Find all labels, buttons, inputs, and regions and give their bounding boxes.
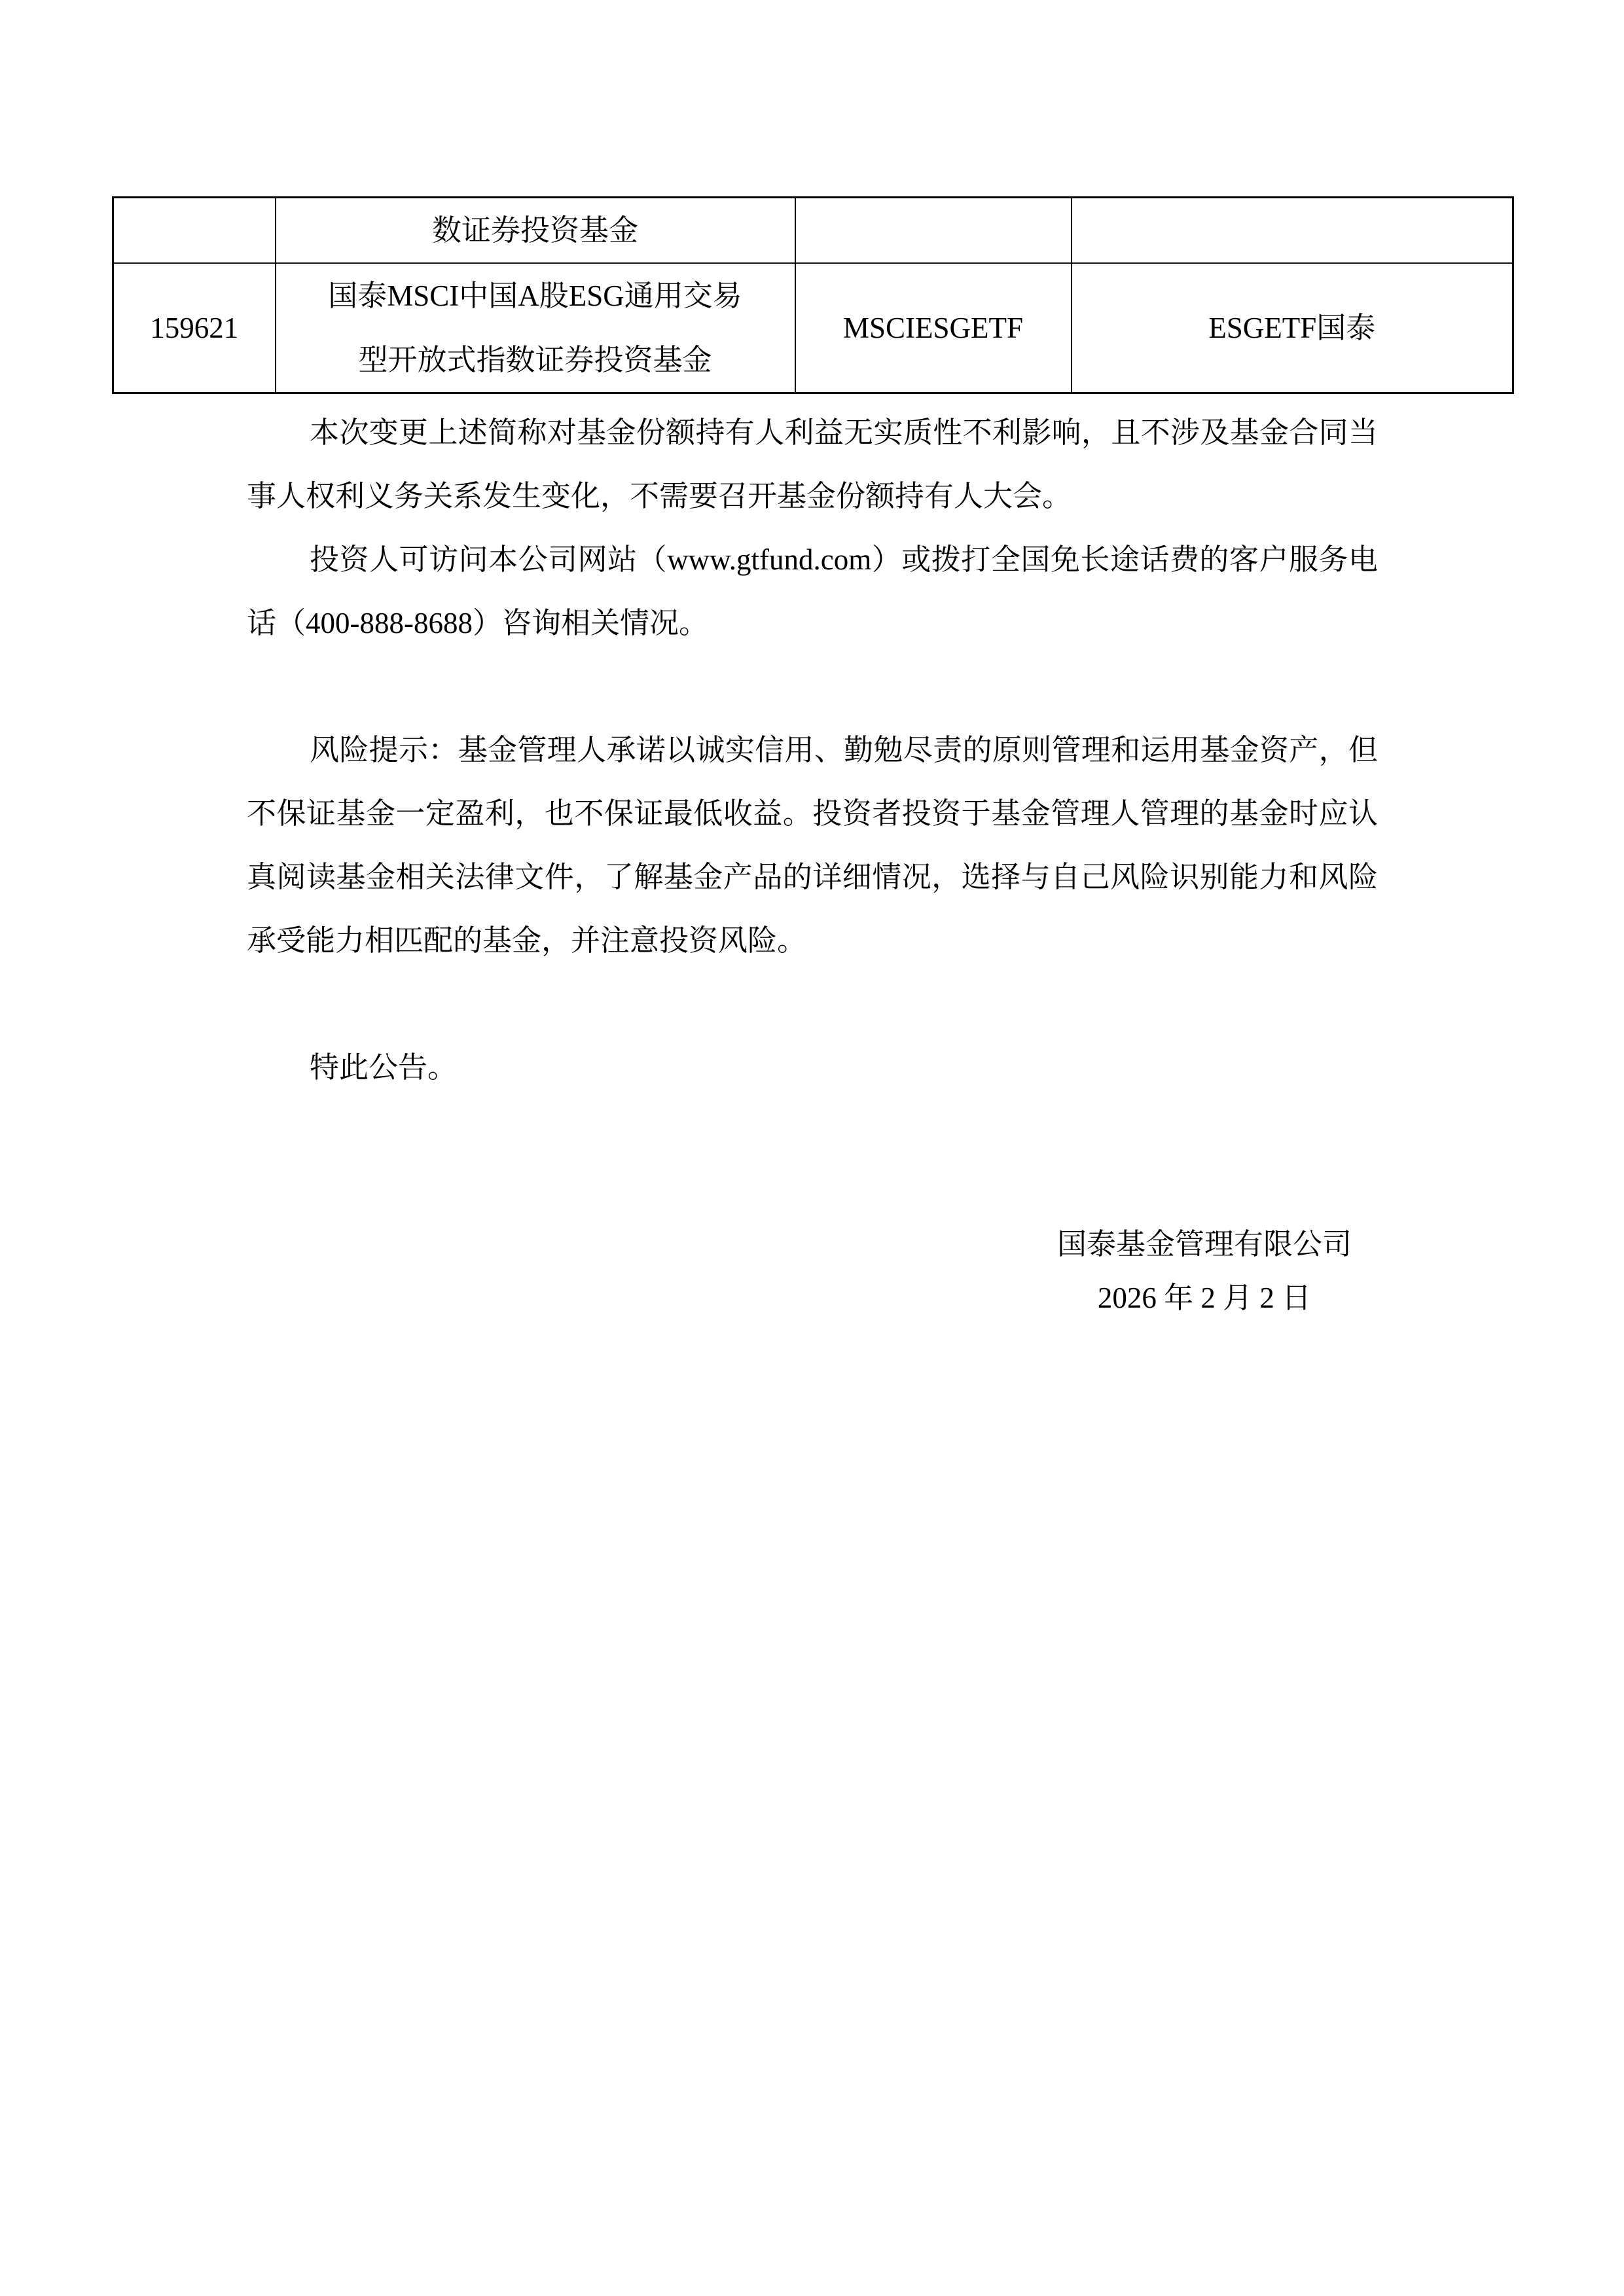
- new-short-name-cell: ESGETF国泰: [1072, 263, 1513, 393]
- fund-name-cell: 国泰MSCI中国A股ESG通用交易 型开放式指数证券投资基金: [276, 263, 795, 393]
- table-row: 数证券投资基金: [113, 198, 1513, 264]
- fund-name-line: 数证券投资基金: [280, 198, 791, 262]
- announcement-date: 2026 年 2 月 2 日: [1021, 1271, 1388, 1325]
- paragraph-no-impact: 本次变更上述简称对基金份额持有人利益无实质性不利影响，且不涉及基金合同当事人权利…: [247, 401, 1378, 528]
- table-row: 159621 国泰MSCI中国A股ESG通用交易 型开放式指数证券投资基金 MS…: [113, 263, 1513, 393]
- paragraph-risk-warning: 风险提示：基金管理人承诺以诚实信用、勤勉尽责的原则管理和运用基金资产，但不保证基…: [247, 719, 1378, 973]
- fund-name-line: 型开放式指数证券投资基金: [280, 328, 791, 392]
- old-short-name-cell: MSCIESGETF: [795, 263, 1072, 393]
- fund-name-line: 国泰MSCI中国A股ESG通用交易: [280, 264, 791, 328]
- new-short-name-cell: [1072, 198, 1513, 264]
- paragraph-closing: 特此公告。: [247, 1036, 1378, 1100]
- company-name: 国泰基金管理有限公司: [1021, 1217, 1388, 1271]
- fund-code-cell: [113, 198, 276, 264]
- fund-code-cell: 159621: [113, 263, 276, 393]
- signature-block: 国泰基金管理有限公司 2026 年 2 月 2 日: [1021, 1217, 1388, 1325]
- fund-name-cell: 数证券投资基金: [276, 198, 795, 264]
- announcement-body: 本次变更上述简称对基金份额持有人利益无实质性不利影响，且不涉及基金合同当事人权利…: [247, 401, 1378, 1100]
- paragraph-contact-info: 投资人可访问本公司网站（www.gtfund.com）或拨打全国免长途话费的客户…: [247, 528, 1378, 655]
- fund-short-name-table: 数证券投资基金 159621 国泰MSCI中国A股ESG通用交易 型开放式指数证…: [112, 196, 1514, 394]
- document-page: 数证券投资基金 159621 国泰MSCI中国A股ESG通用交易 型开放式指数证…: [0, 0, 1624, 2296]
- old-short-name-cell: [795, 198, 1072, 264]
